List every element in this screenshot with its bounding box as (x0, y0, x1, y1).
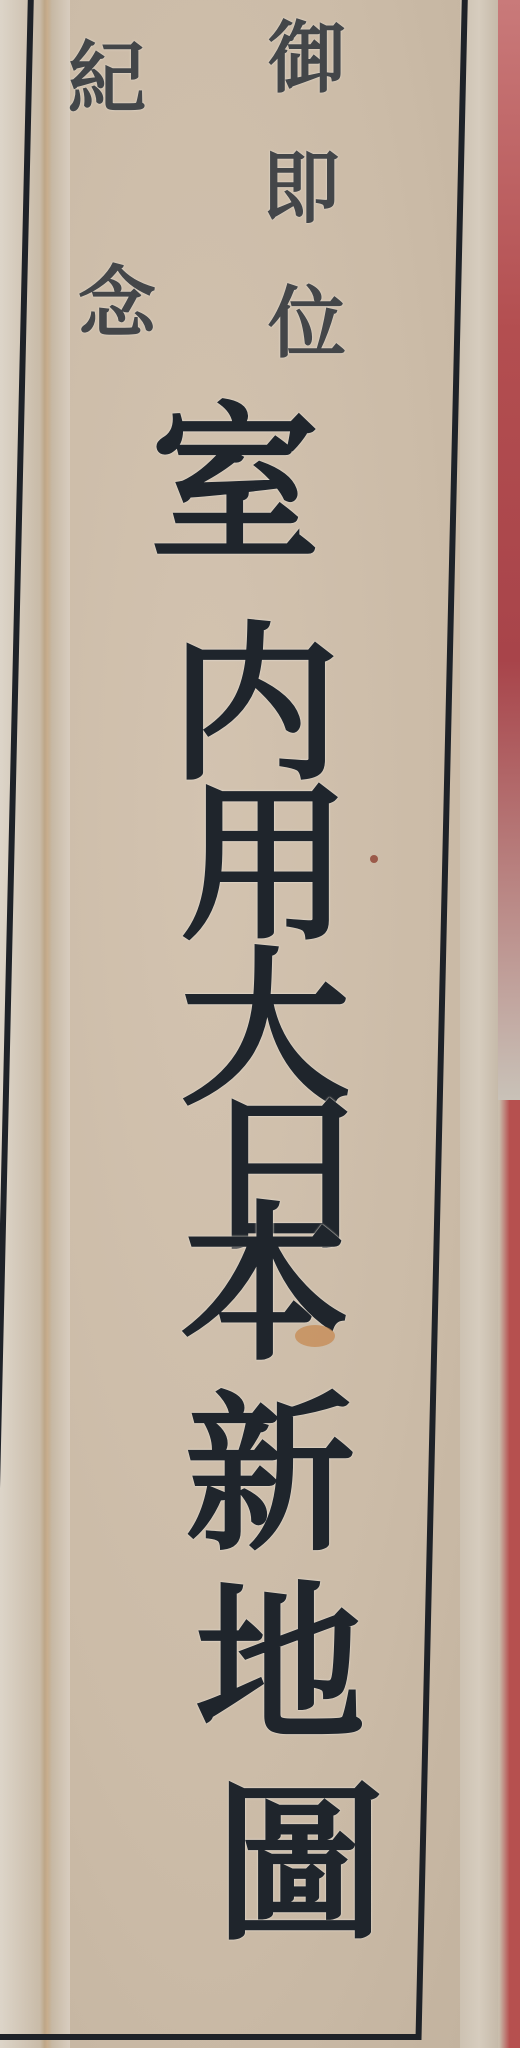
title-char: 新 (185, 1390, 355, 1560)
spine-right-edge (460, 0, 498, 2048)
stain (295, 1325, 335, 1347)
title-char: 地 (195, 1580, 365, 1750)
subtitle-char: 位 (268, 285, 346, 363)
subtitle-char: 紀 (68, 40, 146, 118)
title-char: 圖 (215, 1780, 385, 1950)
stain (370, 855, 378, 863)
subtitle-char: 御 (268, 20, 346, 98)
title-char: 室 (150, 400, 320, 570)
subtitle-char: 即 (262, 150, 340, 228)
title-char: 用 (180, 780, 350, 950)
subtitle-char: 念 (78, 265, 156, 343)
background-red-cloth (498, 0, 520, 1100)
